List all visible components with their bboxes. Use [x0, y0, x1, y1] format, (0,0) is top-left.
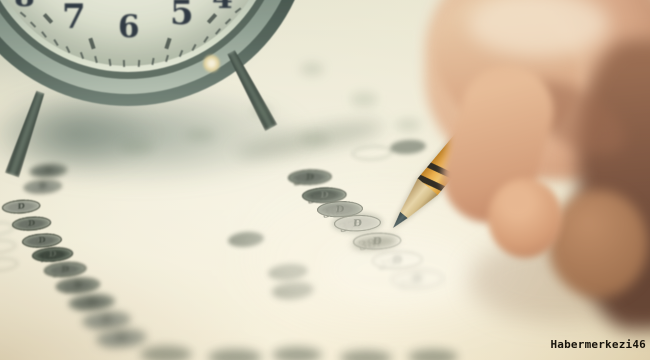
photo-answer-sheet-scene: 8 7 6 5 4: [0, 0, 650, 360]
hand: [0, 0, 650, 360]
middle-finger-knuckle: [548, 190, 648, 298]
watermark: Habermerkezi46: [550, 338, 646, 351]
index-fingertip: [488, 178, 562, 258]
